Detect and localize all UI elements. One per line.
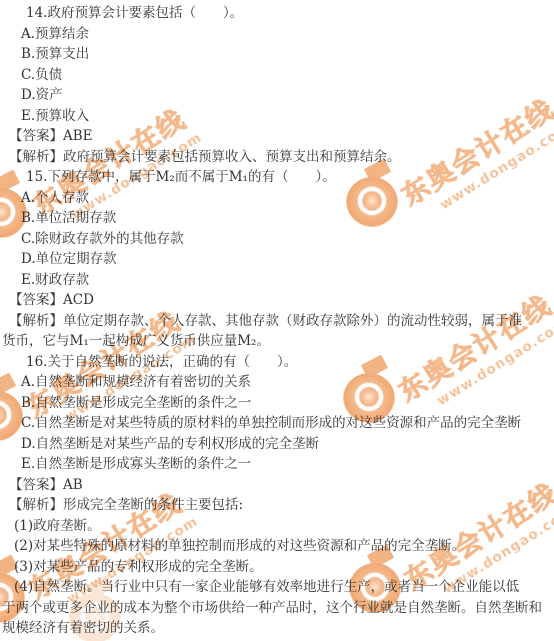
question-15-option: D.单位定期存款 <box>0 249 554 270</box>
question-stem-14: 14.政府预算会计要素包括（ ）。 <box>0 3 554 24</box>
question-16-option: D.自然垄断是对某些产品的专利权形成的完全垄断 <box>0 434 554 455</box>
question-16-option: C.自然垄断是对某些特质的原材料的单独控制而形成的对这些资源和产品的完全垄断 <box>0 413 554 434</box>
question-16-analysis-line: (4)自然垄断。当行业中只有一家企业能够有效率地进行生产，或者当一个企业能以低 <box>0 577 554 598</box>
question-16-analysis-line: 于两个或更多企业的成本为整个市场供给一种产品时，这个行业就是自然垄断。自然垄断和 <box>0 598 554 619</box>
question-16-option: E.自然垄断是形成寡头垄断的条件之一 <box>0 454 554 475</box>
question-stem-15: 15.下列存款中，属于M₂而不属于M₁的有（ ）。 <box>0 167 554 188</box>
question-16-option: B.自然垄断是形成完全垄断的条件之一 <box>0 393 554 414</box>
question-15-option: E.财政存款 <box>0 270 554 291</box>
question-16-option: A.自然垄断和规模经济有着密切的关系 <box>0 372 554 393</box>
question-15-option: A.个人存款 <box>0 188 554 209</box>
question-14-option: A.预算结余 <box>0 24 554 45</box>
question-16-analysis-line: (3)对某些产品的专利权形成的完全垄断。 <box>0 557 554 578</box>
question-16-analysis-line: 规模经济有着密切的关系。 <box>0 618 554 639</box>
question-14-option: E.预算收入 <box>0 106 554 127</box>
question-16-analysis-line: (1)政府垄断。 <box>0 516 554 537</box>
question-15-analysis-line: 货币，它与M₁一起构成广义货币供应量M₂。 <box>0 331 554 352</box>
document-page: 14.政府预算会计要素包括（ ）。A.预算结余B.预算支出C.负债D.资产E.预… <box>0 0 554 639</box>
question-16-analysis-line: (2)对某些特殊的原材料的单独控制而形成的对这些资源和产品的完全垄断。 <box>0 536 554 557</box>
question-15-answer: 【答案】ACD <box>0 290 554 311</box>
question-16-analysis-line: 【解析】形成完全垄断的条件主要包括: <box>0 495 554 516</box>
question-14-option: C.负债 <box>0 65 554 86</box>
question-15-option: C.除财政存款外的其他存款 <box>0 229 554 250</box>
question-15-option: B.单位活期存款 <box>0 208 554 229</box>
question-14-analysis-line: 【解析】政府预算会计要素包括预算收入、预算支出和预算结余。 <box>0 147 554 168</box>
question-15-analysis-line: 【解析】单位定期存款、个人存款、其他存款（财政存款除外）的流动性较弱，属于准 <box>0 311 554 332</box>
question-stem-16: 16.关于自然垄断的说法，正确的有（ ）。 <box>0 352 554 373</box>
question-14-option: D.资产 <box>0 85 554 106</box>
question-16-answer: 【答案】AB <box>0 475 554 496</box>
question-14-option: B.预算支出 <box>0 44 554 65</box>
question-14-answer: 【答案】ABE <box>0 126 554 147</box>
